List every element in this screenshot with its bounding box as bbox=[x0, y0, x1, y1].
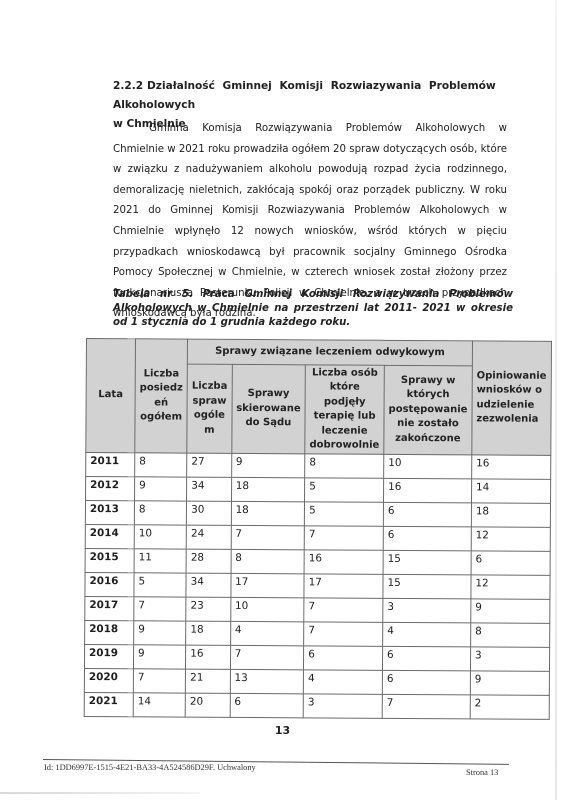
cell-referred-to-court: 8 bbox=[231, 549, 305, 573]
table-row: 20189184748 bbox=[85, 620, 550, 647]
scan-edge-shadow bbox=[0, 792, 200, 794]
header-not-concluded: Sprawy w których postępowanie nie został… bbox=[384, 365, 472, 455]
table-row: 201653417171512 bbox=[85, 572, 550, 599]
cell-cases-total: 23 bbox=[186, 597, 231, 621]
header-permit-opinions: Opiniowanie wniosków o udzielenie zezwol… bbox=[472, 341, 552, 455]
cell-permit-opinions: 9 bbox=[471, 599, 550, 623]
cell-referred-to-court: 7 bbox=[230, 645, 304, 669]
cell-year: 2021 bbox=[84, 692, 133, 716]
cell-referred-to-court: 13 bbox=[230, 669, 304, 693]
cell-referred-to-court: 17 bbox=[231, 573, 305, 597]
cell-cases-total: 34 bbox=[187, 477, 232, 501]
cell-cases-total: 34 bbox=[186, 573, 231, 597]
cell-permit-opinions: 18 bbox=[471, 503, 550, 527]
cell-not-concluded: 15 bbox=[383, 574, 471, 599]
cell-voluntary-treatment: 3 bbox=[303, 694, 382, 718]
cell-year: 2014 bbox=[85, 524, 134, 548]
cell-permit-opinions: 12 bbox=[471, 527, 550, 551]
cell-year: 2020 bbox=[84, 668, 133, 692]
table-row: 20151128816156 bbox=[85, 548, 550, 575]
cell-cases-total: 18 bbox=[186, 621, 231, 645]
cell-referred-to-court: 7 bbox=[231, 525, 305, 549]
cell-year: 2011 bbox=[86, 453, 135, 477]
cell-permit-opinions: 16 bbox=[472, 455, 551, 479]
cell-permit-opinions: 8 bbox=[471, 623, 550, 647]
cell-not-concluded: 4 bbox=[383, 622, 471, 647]
table-row: 20129341851614 bbox=[86, 477, 551, 504]
cell-voluntary-treatment: 7 bbox=[304, 526, 383, 550]
cell-voluntary-treatment: 4 bbox=[303, 670, 382, 694]
cell-meetings: 8 bbox=[134, 501, 186, 525]
table-caption: Tabela nr 5. Praca Gminnej Komisji Rozwi… bbox=[113, 288, 513, 330]
cell-voluntary-treatment: 16 bbox=[304, 550, 383, 574]
cell-year: 2012 bbox=[86, 477, 135, 501]
cell-referred-to-court: 6 bbox=[230, 693, 304, 717]
cell-voluntary-treatment: 17 bbox=[304, 574, 383, 598]
cell-year: 2019 bbox=[84, 644, 133, 668]
cell-permit-opinions: 12 bbox=[471, 575, 550, 599]
cell-year: 2015 bbox=[85, 548, 134, 572]
cell-not-concluded: 15 bbox=[383, 550, 471, 575]
cell-referred-to-court: 18 bbox=[231, 477, 305, 501]
section-number: 2.2.2 bbox=[113, 77, 147, 96]
header-year: Lata bbox=[86, 339, 136, 453]
cell-meetings: 11 bbox=[134, 549, 186, 573]
cell-referred-to-court: 10 bbox=[230, 597, 304, 621]
cell-voluntary-treatment: 7 bbox=[304, 598, 383, 622]
table-row: 202114206372 bbox=[84, 692, 549, 719]
cell-voluntary-treatment: 5 bbox=[304, 502, 383, 526]
cell-meetings: 5 bbox=[134, 573, 186, 597]
cell-referred-to-court: 9 bbox=[231, 453, 305, 477]
table-body: 2011827981016201293418516142013830185618… bbox=[84, 453, 550, 720]
cell-meetings: 7 bbox=[134, 597, 186, 621]
cell-voluntary-treatment: 7 bbox=[304, 622, 383, 646]
section-title: Działalność Gminnej Komisji Rozwiazywani… bbox=[113, 80, 496, 111]
cell-not-concluded: 7 bbox=[382, 694, 470, 719]
cell-permit-opinions: 3 bbox=[470, 647, 549, 671]
table-row: 202072113469 bbox=[84, 668, 549, 695]
table-row: 20199167663 bbox=[84, 644, 549, 671]
header-cases-total: Liczba spraw ogóle m bbox=[187, 364, 232, 453]
cell-permit-opinions: 2 bbox=[470, 695, 549, 719]
commission-work-table: Lata Liczba posiedz eń ogółem Sprawy zwi… bbox=[84, 338, 552, 720]
cell-permit-opinions: 6 bbox=[471, 551, 550, 575]
header-voluntary-treatment: Liczba osób które podjęły terapię lub le… bbox=[305, 365, 384, 454]
cell-voluntary-treatment: 5 bbox=[305, 478, 384, 502]
cell-not-concluded: 10 bbox=[384, 454, 472, 479]
table-row: 2014102477612 bbox=[85, 524, 550, 551]
cell-cases-total: 27 bbox=[187, 453, 232, 477]
page-number: 13 bbox=[0, 724, 565, 737]
cell-voluntary-treatment: 6 bbox=[304, 646, 383, 670]
cell-meetings: 8 bbox=[135, 453, 187, 477]
header-group-treatment: Sprawy związane leczeniem odwykowym bbox=[188, 339, 473, 366]
table-row: 2013830185618 bbox=[85, 501, 550, 528]
cell-cases-total: 24 bbox=[186, 525, 231, 549]
cell-meetings: 9 bbox=[135, 477, 187, 501]
cell-referred-to-court: 4 bbox=[230, 621, 304, 645]
cell-cases-total: 16 bbox=[186, 645, 231, 669]
cell-cases-total: 28 bbox=[186, 549, 231, 573]
cell-referred-to-court: 18 bbox=[231, 501, 305, 525]
footer-document-id: Id: 1DD6997E-1515-4E21-BA33-4A524586D29F… bbox=[44, 763, 256, 772]
cell-meetings: 10 bbox=[134, 525, 186, 549]
cell-cases-total: 21 bbox=[186, 669, 231, 693]
cell-year: 2017 bbox=[85, 596, 134, 620]
header-meetings: Liczba posiedz eń ogółem bbox=[135, 339, 188, 453]
cell-voluntary-treatment: 8 bbox=[305, 454, 384, 478]
cell-permit-opinions: 14 bbox=[471, 479, 550, 503]
cell-meetings: 14 bbox=[133, 693, 185, 717]
cell-meetings: 7 bbox=[133, 669, 185, 693]
table-row: 201772310739 bbox=[85, 596, 550, 623]
cell-year: 2016 bbox=[85, 572, 134, 596]
cell-permit-opinions: 9 bbox=[470, 671, 549, 695]
cell-meetings: 9 bbox=[133, 645, 185, 669]
cell-not-concluded: 6 bbox=[383, 502, 471, 527]
cell-not-concluded: 16 bbox=[384, 478, 472, 503]
cell-cases-total: 20 bbox=[185, 693, 230, 717]
cell-cases-total: 30 bbox=[187, 501, 232, 525]
header-referred-to-court: Sprawy skierowane do Sądu bbox=[231, 364, 305, 453]
cell-not-concluded: 3 bbox=[383, 598, 471, 623]
cell-year: 2013 bbox=[85, 501, 134, 525]
table-row: 2011827981016 bbox=[86, 453, 551, 480]
cell-not-concluded: 6 bbox=[382, 646, 470, 671]
footer-page-label: Strona 13 bbox=[466, 768, 498, 777]
cell-year: 2018 bbox=[85, 620, 134, 644]
cell-meetings: 9 bbox=[134, 621, 186, 645]
cell-not-concluded: 6 bbox=[382, 670, 470, 695]
cell-not-concluded: 6 bbox=[383, 526, 471, 551]
page-edge-shadow bbox=[555, 0, 557, 800]
